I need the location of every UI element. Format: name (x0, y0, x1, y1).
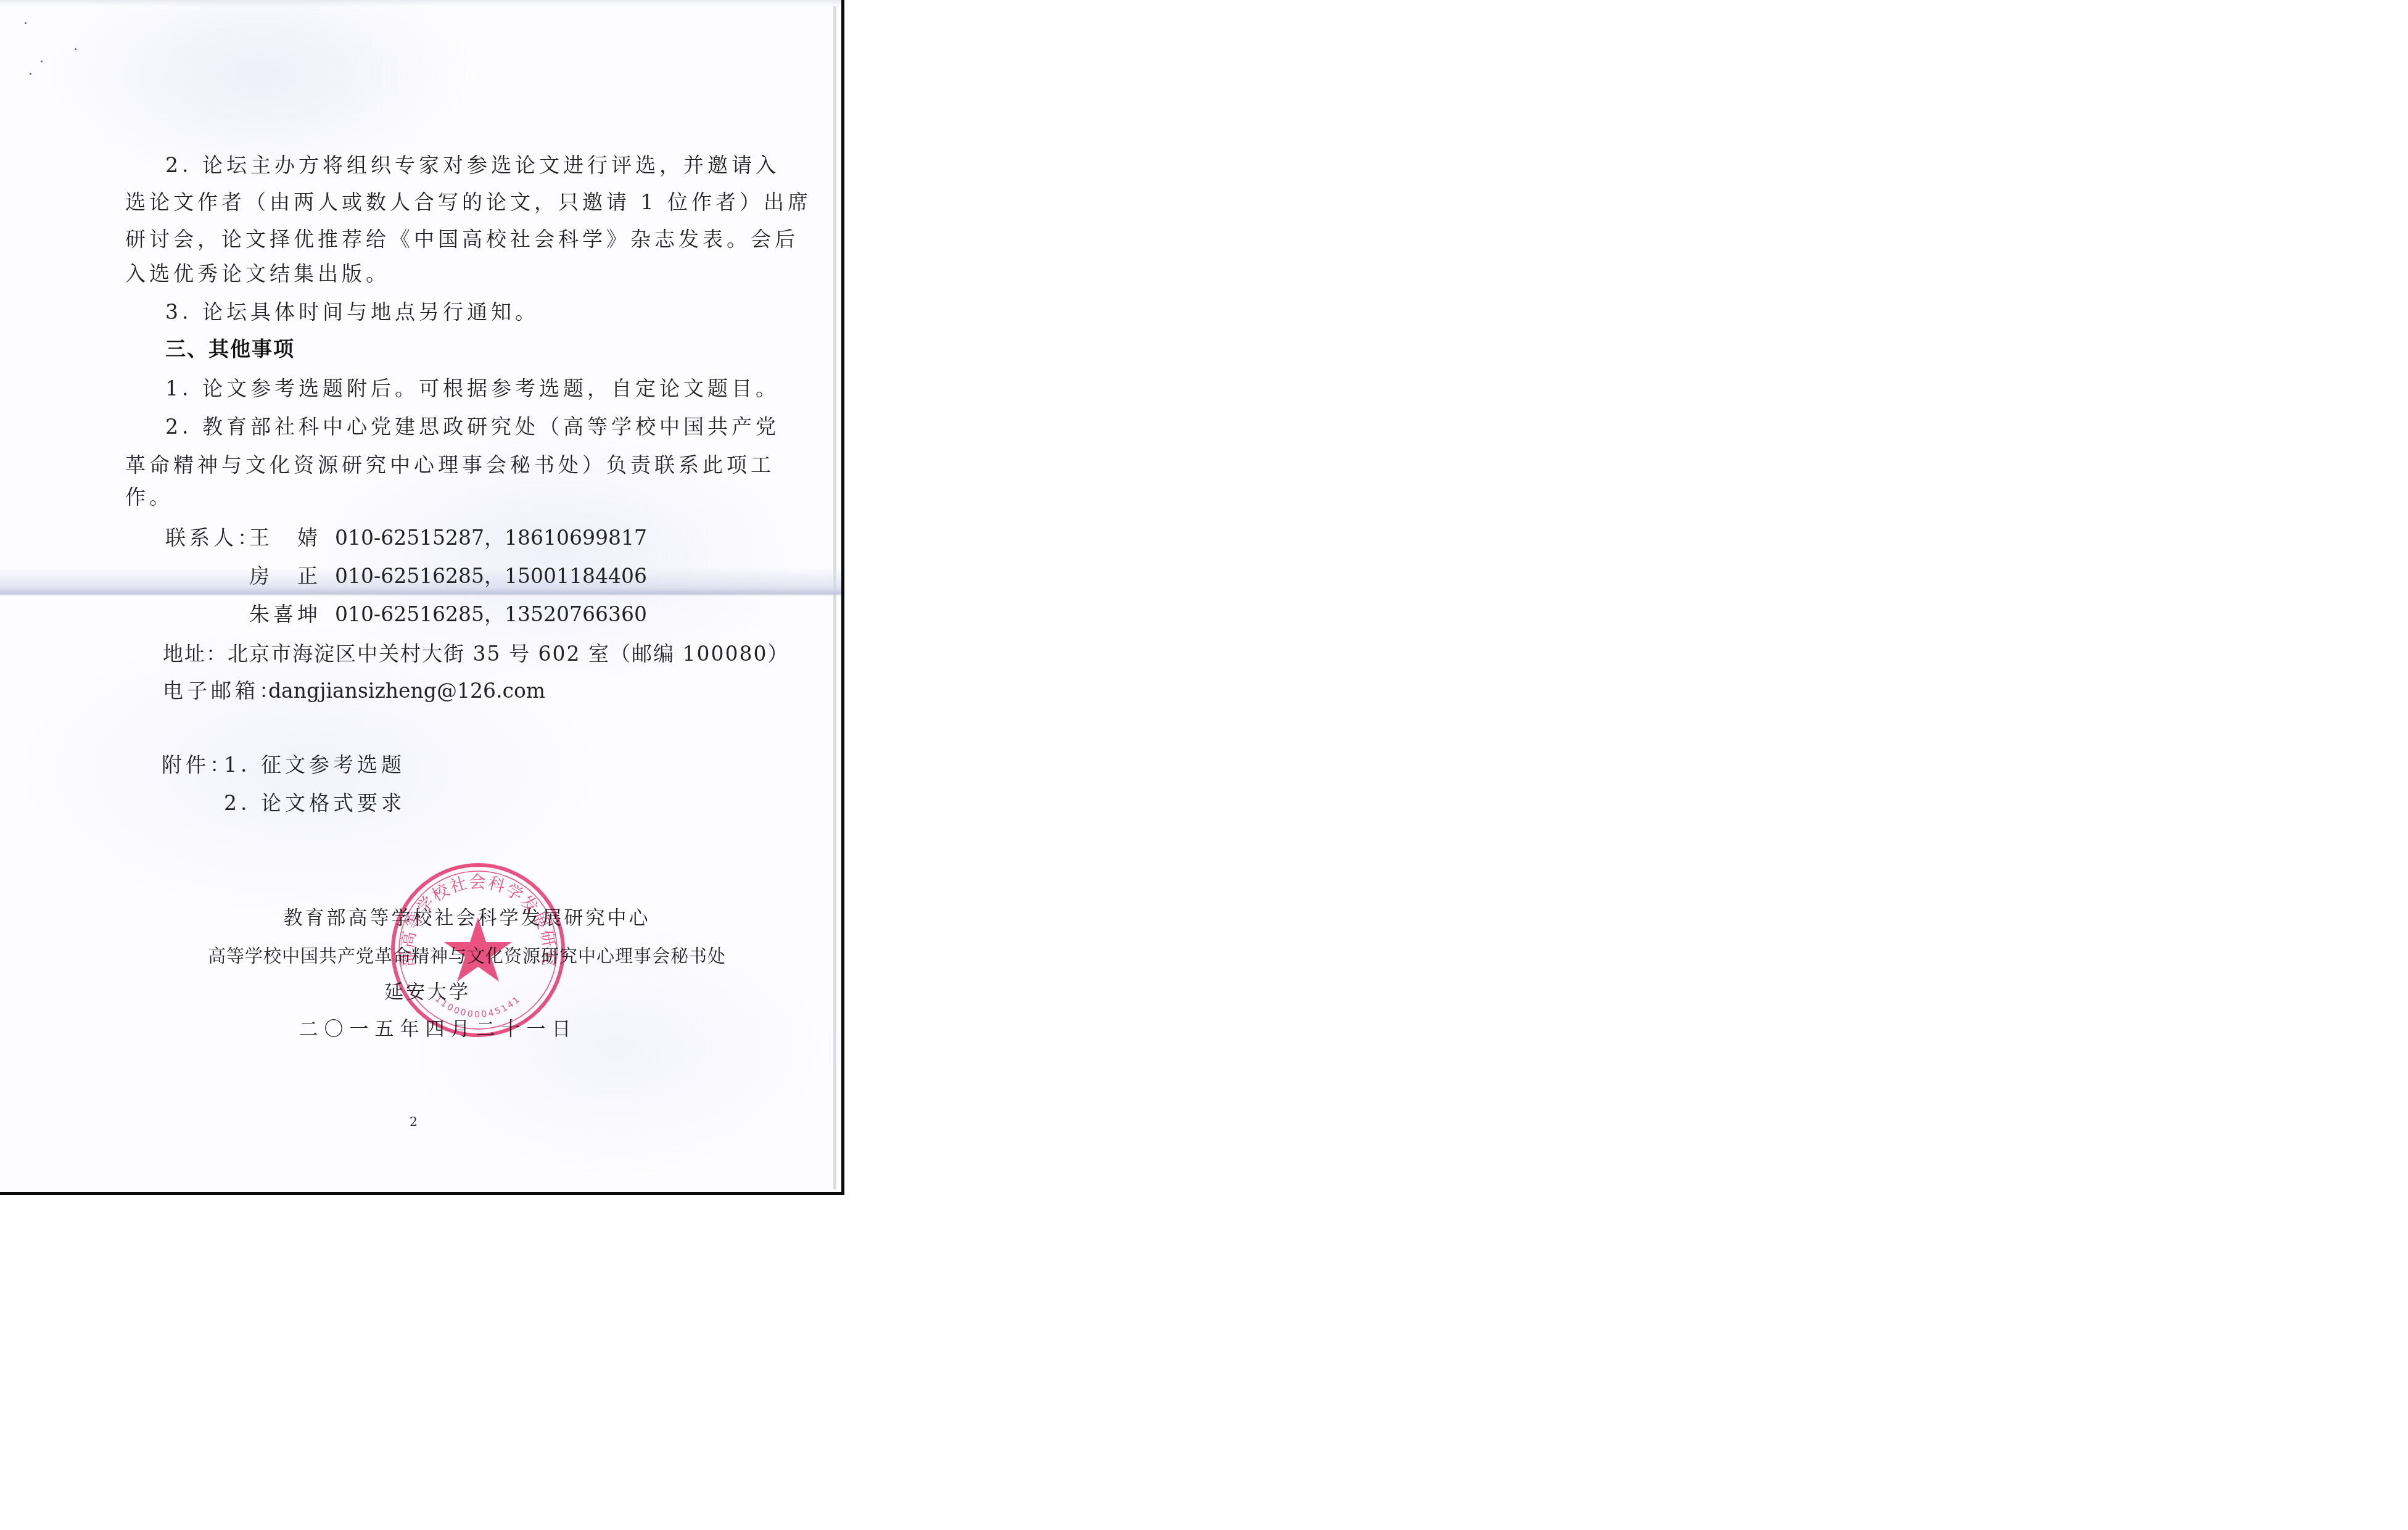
other-item-2-line3: 作。 (125, 485, 173, 510)
paragraph-line: 入选优秀论文结集出版。 (125, 262, 390, 286)
attachment-item: 2. 论文格式要求 (224, 791, 405, 816)
paragraph-line: 3. 论坛具体时间与地点另行通知。 (165, 300, 539, 325)
paragraph-line: 2. 论坛主办方将组织专家对参选论文进行评选，并邀请入 (165, 153, 780, 178)
contact-phones: 010-62516285，15001184406 (335, 564, 647, 589)
contact-name: 王 婧 (249, 526, 321, 550)
paragraph-line: 研讨会，论文择优推荐给《中国高校社会科学》杂志发表。会后 (125, 227, 799, 252)
paragraph-line: 选论文作者（由两人或数人合写的论文，只邀请 1 位作者）出席 (125, 190, 812, 215)
contact-phones: 010-62516285，13520766360 (335, 602, 647, 627)
email-link[interactable]: dangjiansizheng@126.com (268, 679, 545, 703)
attachments-label: 附件： (162, 753, 234, 777)
contact-name: 朱喜坤 (249, 602, 321, 627)
contacts-label: 联系人： (165, 526, 262, 550)
official-seal-icon: 教育部高等学校社会科学发展研究中心 1100000045141 (389, 861, 567, 1040)
svg-text:1100000045141: 1100000045141 (433, 994, 523, 1020)
address: 地址：北京市海淀区中关村大街 35 号 602 室（邮编 100080） (163, 642, 789, 666)
other-item-1: 1. 论文参考选题附后。可根据参考选题，自定论文题目。 (165, 376, 780, 401)
page-edge-shadow (833, 6, 836, 1189)
other-item-2-line1: 2. 教育部社科中心党建思政研究处（高等学校中国共产党 (165, 415, 780, 439)
attachment-item: 1. 征文参考选题 (224, 753, 405, 777)
other-item-2-line2: 革命精神与文化资源研究中心理事会秘书处）负责联系此项工 (125, 453, 775, 478)
contact-name: 房 正 (249, 564, 321, 589)
section-heading: 三、其他事项 (165, 337, 295, 362)
contact-phones: 010-62515287，18610699817 (335, 526, 647, 550)
page-number: 2 (410, 1114, 418, 1129)
email-label: 电子邮箱： (163, 679, 283, 703)
scan-top-edge (0, 0, 841, 6)
document-page: 2. 论坛主办方将组织专家对参选论文进行评选，并邀请入 选论文作者（由两人或数人… (0, 0, 844, 1195)
